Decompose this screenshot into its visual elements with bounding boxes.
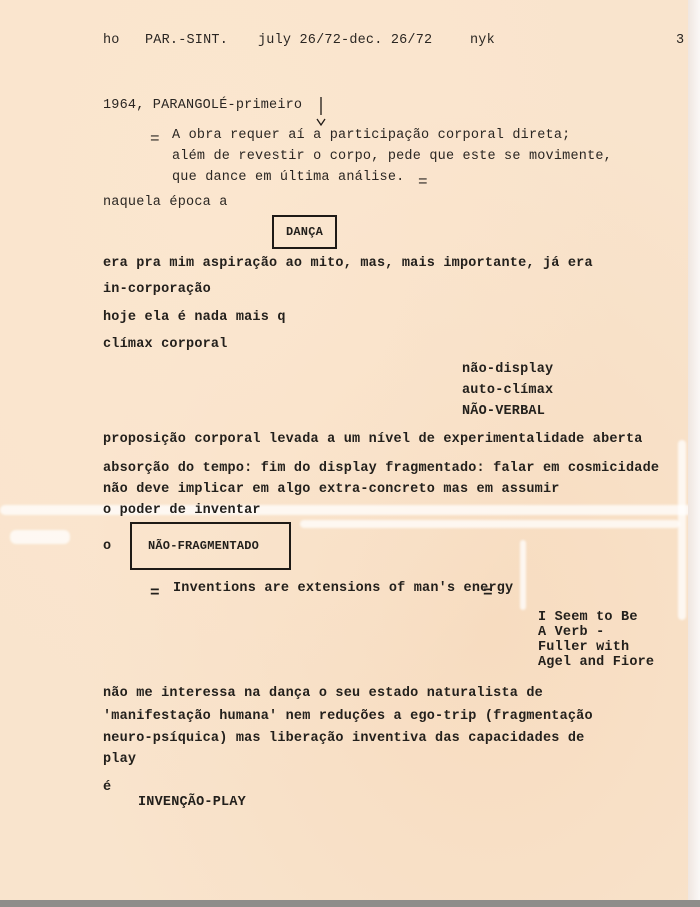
nao-fragmentado-label: NÃO-FRAGMENTADO	[148, 539, 259, 553]
absorcao-line: não deve implicar em algo extra-concreto…	[103, 482, 560, 497]
invencao-play-line: INVENÇÃO-PLAY	[138, 795, 246, 810]
right-list-item: NÃO-VERBAL	[462, 404, 545, 419]
final-line: não me interessa na dança o seu estado n…	[103, 686, 543, 701]
citation-line: Agel and Fiore	[538, 655, 654, 670]
header-dates: july 26/72-dec. 26/72	[258, 33, 432, 48]
naquela-line: naquela época a	[103, 195, 228, 210]
incorporacao-line: in-corporação	[103, 282, 211, 297]
inventions-line: Inventions are extensions of man's energ…	[173, 581, 513, 596]
era-line: era pra mim aspiração ao mito, mas, mais…	[103, 256, 593, 271]
danca-label: DANÇA	[286, 225, 323, 239]
final-line: 'manifestação humana' nem reduções a ego…	[103, 709, 593, 724]
tape-mark	[678, 440, 686, 620]
citation-line: Fuller with	[538, 640, 629, 655]
nao-fragmentado-box: NÃO-FRAGMENTADO	[130, 522, 291, 570]
header-ref: ho	[103, 33, 120, 48]
arrow-down-icon	[316, 97, 326, 127]
e-label: é	[103, 780, 111, 795]
page-bottom-edge	[0, 900, 700, 907]
inventions-open-mark: =	[150, 584, 160, 602]
final-line: neuro-psíquica) mas liberação inventiva …	[103, 731, 584, 746]
danca-box: DANÇA	[272, 215, 337, 249]
quote-line: além de revestir o corpo, pede que este …	[172, 149, 612, 164]
final-line: play	[103, 752, 136, 767]
tape-mark	[520, 540, 526, 610]
proposicao-line: proposição corporal levada a um nível de…	[103, 432, 643, 447]
right-list-item: não-display	[462, 362, 553, 377]
right-list-item: auto-clímax	[462, 383, 553, 398]
typewritten-page: ho PAR.-SINT. july 26/72-dec. 26/72 nyk …	[0, 0, 700, 900]
title-line: 1964, PARANGOLÉ-primeiro	[103, 98, 302, 113]
o-label: o	[103, 539, 111, 554]
climax-line: clímax corporal	[103, 337, 228, 352]
absorcao-line: o poder de inventar	[103, 503, 261, 518]
citation-line: A Verb -	[538, 625, 604, 640]
quote-open-mark: =	[150, 130, 160, 148]
header-place: nyk	[470, 33, 495, 48]
quote-close-mark: =	[418, 173, 428, 191]
absorcao-line: absorção do tempo: fim do display fragme…	[103, 461, 659, 476]
quote-line: A obra requer aí a participação corporal…	[172, 128, 570, 143]
page-right-edge	[688, 0, 700, 900]
page-number: 3	[676, 33, 684, 48]
tape-mark	[300, 520, 680, 528]
inventions-close-mark: =	[483, 584, 493, 602]
tape-mark	[10, 530, 70, 544]
citation-line: I Seem to Be	[538, 610, 638, 625]
quote-line: que dance em última análise.	[172, 170, 404, 185]
hoje-line: hoje ela é nada mais q	[103, 310, 286, 325]
header-code: PAR.-SINT.	[145, 33, 228, 48]
